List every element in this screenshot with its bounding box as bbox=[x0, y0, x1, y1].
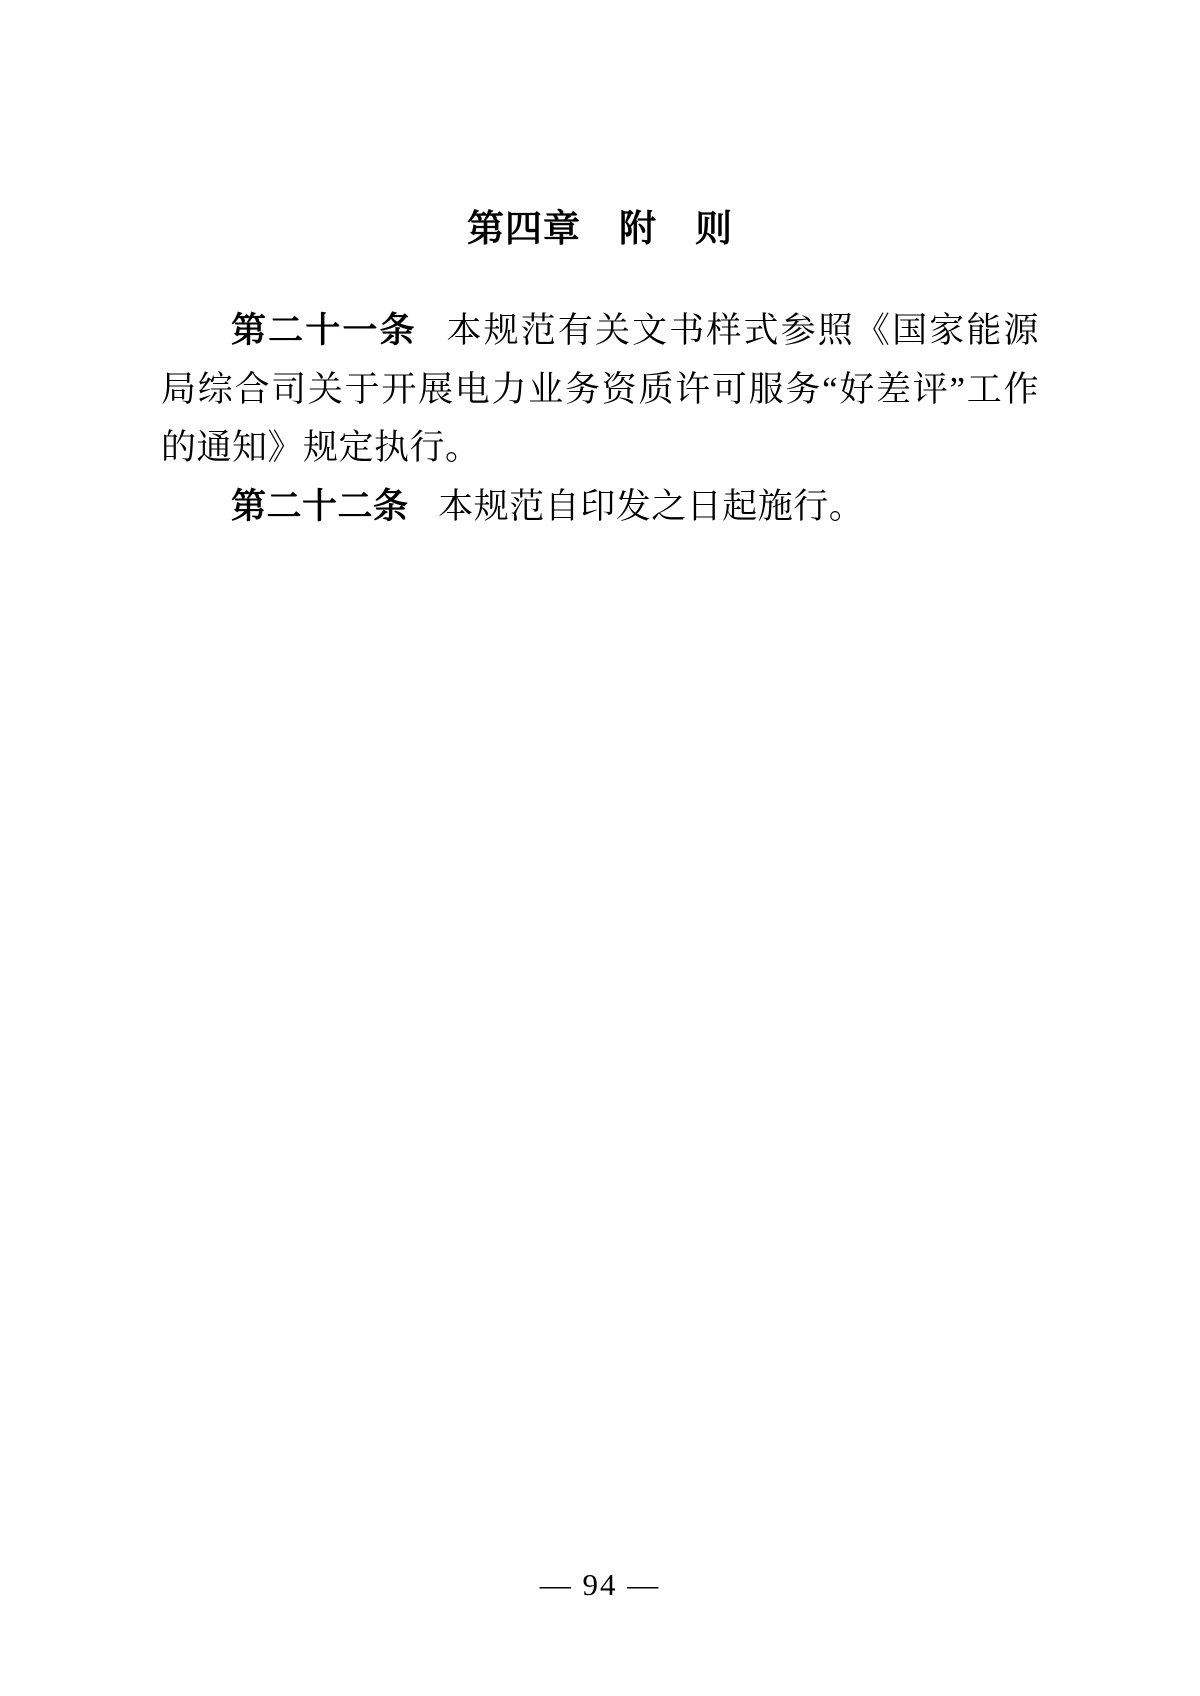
article-22: 第二十二条本规范自印发之日起施行。 bbox=[161, 478, 1039, 537]
document-body: 第二十一条本规范有关文书样式参照《国家能源局综合司关于开展电力业务资质许可服务“… bbox=[161, 302, 1039, 537]
article-22-number: 第二十二条 bbox=[231, 487, 409, 526]
chapter-heading: 第四章 附 则 bbox=[161, 208, 1039, 250]
article-21-number: 第二十一条 bbox=[231, 311, 417, 350]
article-22-text: 本规范自印发之日起施行。 bbox=[438, 487, 864, 526]
article-21: 第二十一条本规范有关文书样式参照《国家能源局综合司关于开展电力业务资质许可服务“… bbox=[161, 302, 1039, 478]
document-page: 第四章 附 则 第二十一条本规范有关文书样式参照《国家能源局综合司关于开展电力业… bbox=[0, 0, 1200, 1696]
page-number: — 94 — bbox=[0, 1565, 1200, 1605]
